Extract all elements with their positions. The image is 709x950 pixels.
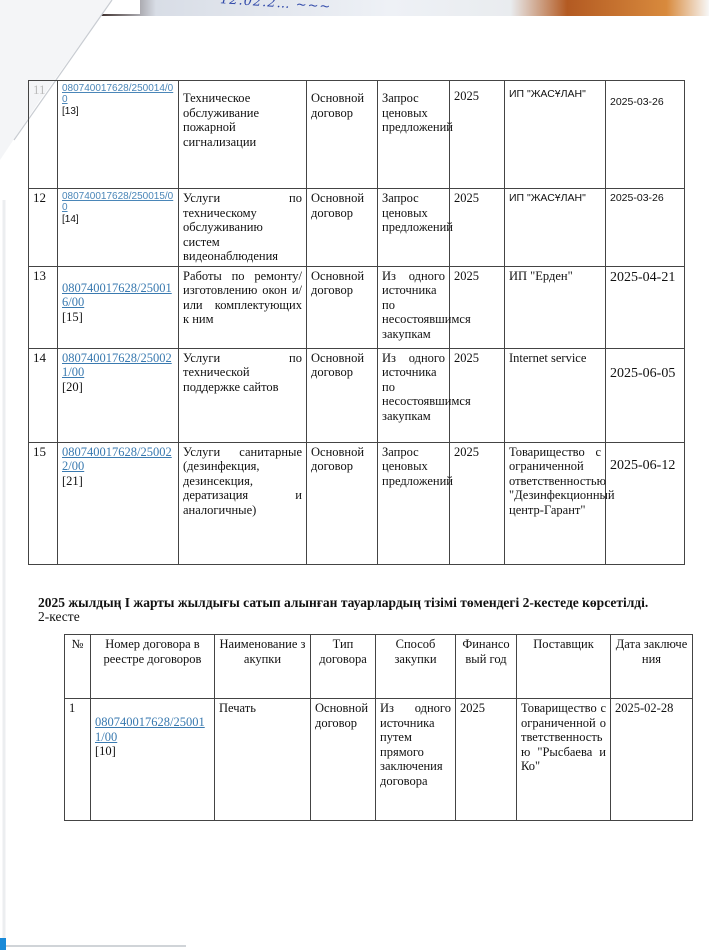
contract-number-cell: 080740017628/250016/00 [15] [58, 266, 179, 348]
section-paragraph: 2025 жылдың I жарты жылдығы сатып алынға… [38, 595, 648, 611]
reference-note: [21] [62, 474, 174, 489]
reference-note: [15] [62, 310, 174, 325]
table-row: 14 080740017628/250021/00 [20] Услуги по… [29, 348, 685, 442]
table-row: 11 080740017628/250014/00 [13] Техническ… [29, 81, 685, 189]
financial-year: 2025 [450, 442, 505, 564]
handwritten-signature: 12.02.2… ~~~ [220, 0, 332, 15]
purchase-method: Запрос ценовых предложений [378, 189, 450, 267]
column-header-supplier: Поставщик [517, 635, 611, 699]
contract-number-cell: 080740017628/250022/00 [21] [58, 442, 179, 564]
contract-type: Основной договор [307, 189, 378, 267]
financial-year: 2025 [450, 81, 505, 189]
row-number: 11 [29, 81, 58, 189]
contract-link[interactable]: 080740017628/250015/00 [62, 191, 174, 213]
reference-note: [13] [62, 105, 174, 120]
contract-type: Основной договор [311, 699, 376, 821]
row-number: 13 [29, 266, 58, 348]
contract-date: 2025-02-28 [611, 699, 693, 821]
reference-note: [14] [62, 213, 174, 228]
photo-edge-mark [0, 938, 6, 950]
reference-note: [20] [62, 380, 174, 395]
supplier: Internet service [505, 348, 606, 442]
contract-link[interactable]: 080740017628/250022/00 [62, 445, 174, 474]
contract-date: 2025-03-26 [606, 189, 685, 267]
purchase-method: Из одного источника путем прямого заключ… [376, 699, 456, 821]
photo-background-strip: 12.02.2… ~~~ [0, 0, 709, 16]
table-caption: 2-кесте [38, 609, 80, 625]
column-header-number: № [65, 635, 91, 699]
supplier: Товарищество с ограниченной ответственно… [505, 442, 606, 564]
row-number: 12 [29, 189, 58, 267]
supplier: ИП "Ерден" [505, 266, 606, 348]
purchase-name: Услуги санитарные (дезинфекция, дезинсек… [179, 442, 307, 564]
contract-type: Основной договор [307, 81, 378, 189]
financial-year: 2025 [450, 266, 505, 348]
contract-number-cell: 080740017628/250021/00 [20] [58, 348, 179, 442]
supplier: ИП "ЖАСҰЛАН" [505, 189, 606, 267]
contract-link[interactable]: 080740017628/250014/00 [62, 83, 174, 105]
purchase-method: Запрос ценовых предложений [378, 81, 450, 189]
row-number: 1 [65, 699, 91, 821]
table-row: 12 080740017628/250015/00 [14] Услуги по… [29, 189, 685, 267]
table-row: 13 080740017628/250016/00 [15] Работы по… [29, 266, 685, 348]
contract-type: Основной договор [307, 266, 378, 348]
column-header-contract-number: Номер договора в реестре договоров [91, 635, 215, 699]
contracts-table-1: 11 080740017628/250014/00 [13] Техническ… [28, 80, 685, 565]
row-number: 14 [29, 348, 58, 442]
financial-year: 2025 [450, 189, 505, 267]
purchase-name: Печать [215, 699, 311, 821]
purchase-name: Услуги по технической поддержке сайтов [179, 348, 307, 442]
purchase-method: Из одного источника по несостоявшимся за… [378, 348, 450, 442]
contract-number-cell: 080740017628/250015/00 [14] [58, 189, 179, 267]
purchase-method: Из одного источника по несостоявшимся за… [378, 266, 450, 348]
table-row: 15 080740017628/250022/00 [21] Услуги са… [29, 442, 685, 564]
contract-date: 2025-06-12 [606, 442, 685, 564]
purchase-method: Запрос ценовых предложений [378, 442, 450, 564]
contract-number-cell: 080740017628/250014/00 [13] [58, 81, 179, 189]
row-number: 15 [29, 442, 58, 564]
contract-number-cell: 080740017628/250011/00 [10] [91, 699, 215, 821]
contract-type: Основной договор [307, 348, 378, 442]
supplier: ИП "ЖАСҰЛАН" [505, 81, 606, 189]
table-row: 1 080740017628/250011/00 [10] Печать Осн… [65, 699, 693, 821]
reference-note: [10] [95, 744, 210, 759]
scanned-page: 12.02.2… ~~~ 11 080740017628/250014/00 [… [0, 0, 709, 950]
contracts-table-2: № Номер договора в реестре договоров Наи… [64, 634, 693, 821]
financial-year: 2025 [456, 699, 517, 821]
purchase-name: Услуги по техническому обслуживанию сист… [179, 189, 307, 267]
column-header-contract-date: Дата заключения [611, 635, 693, 699]
contract-date: 2025-06-05 [606, 348, 685, 442]
contract-date: 2025-03-26 [606, 81, 685, 189]
contract-date: 2025-04-21 [606, 266, 685, 348]
column-header-purchase-name: Наименование закупки [215, 635, 311, 699]
purchase-name: Техническое обслуживание пожарной сигнал… [179, 81, 307, 189]
contract-type: Основной договор [307, 442, 378, 564]
table-header-row: № Номер договора в реестре договоров Наи… [65, 635, 693, 699]
page-bottom-edge [6, 945, 186, 947]
column-header-financial-year: Финансовый год [456, 635, 517, 699]
contract-link[interactable]: 080740017628/250011/00 [95, 715, 210, 744]
purchase-name: Работы по ремонту/изготовлению окон и/ил… [179, 266, 307, 348]
column-header-contract-type: Тип договора [311, 635, 376, 699]
column-header-purchase-method: Способ закупки [376, 635, 456, 699]
supplier: Товарищество с ограниченной ответственно… [517, 699, 611, 821]
contract-link[interactable]: 080740017628/250016/00 [62, 281, 174, 310]
contract-link[interactable]: 080740017628/250021/00 [62, 351, 174, 380]
